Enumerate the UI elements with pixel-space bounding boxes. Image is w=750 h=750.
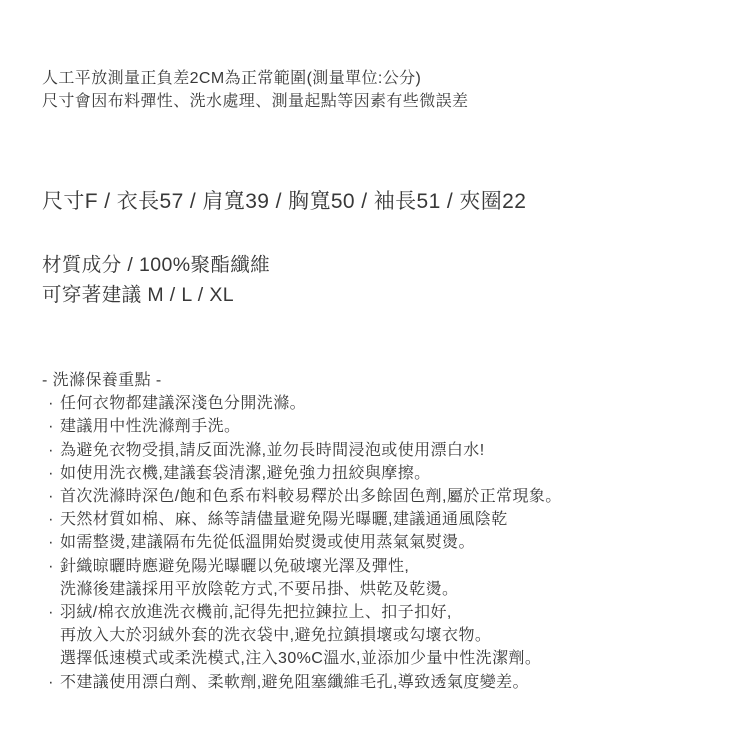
care-line-bullet: · (42, 555, 60, 578)
wear-suggestion-line: 可穿著建議 M / L / XL (42, 280, 270, 310)
care-line: · 為避免衣物受損,請反面洗滌,並勿長時間浸泡或使用漂白水! (42, 439, 562, 462)
care-line-bullet (42, 624, 60, 647)
care-line-continuation: 再放入大於羽絨外套的洗衣袋中,避免拉鎮損壞或勾壞衣物。 (42, 624, 562, 647)
care-line-bullet: · (42, 601, 60, 624)
care-line-text: 針織晾曬時應避免陽光曝曬以免破壞光澤及彈性, (60, 555, 409, 578)
measurement-note-line-1: 人工平放測量正負差2CM為正常範圍(測量單位:公分) (42, 67, 468, 90)
care-line-bullet: · (42, 439, 60, 462)
care-line-continuation: 洗滌後建議採用平放陰乾方式,不要吊掛、烘乾及乾燙。 (42, 578, 562, 601)
care-line-text: 如需整燙,建議隔布先從低溫開始熨燙或使用蒸氣氣熨燙。 (60, 531, 475, 554)
size-spec-line: 尺寸F / 衣長57 / 肩寬39 / 胸寬50 / 袖長51 / 夾圈22 (42, 185, 526, 215)
care-line-text: 如使用洗衣機,建議套袋清潔,避免強力扭絞與摩擦。 (60, 462, 431, 485)
measurement-notes: 人工平放測量正負差2CM為正常範圍(測量單位:公分) 尺寸會因布料彈性、洗水處理… (42, 67, 468, 113)
care-line: · 如需整燙,建議隔布先從低溫開始熨燙或使用蒸氣氣熨燙。 (42, 531, 562, 554)
care-line-bullet (42, 578, 60, 601)
care-line-bullet (42, 647, 60, 670)
care-line-text: 建議用中性洗滌劑手洗。 (60, 415, 240, 438)
care-line-bullet: · (42, 462, 60, 485)
care-line-text: 天然材質如棉、麻、絲等請儘量避免陽光曝曬,建議通通風陰乾 (60, 508, 508, 531)
care-line-text: 羽絨/棉衣放進洗衣機前,記得先把拉鍊拉上、扣子扣好, (60, 601, 452, 624)
care-line-bullet: · (42, 671, 60, 694)
care-line-text: 選擇低速模式或柔洗模式,注入30%C溫水,並添加少量中性洗潔劑。 (60, 647, 541, 670)
care-line-bullet: · (42, 531, 60, 554)
care-line-text: 不建議使用漂白劑、柔軟劑,避免阻塞纖維毛孔,導致透氣度變差。 (60, 671, 529, 694)
care-line: · 如使用洗衣機,建議套袋清潔,避免強力扭絞與摩擦。 (42, 462, 562, 485)
care-line: · 羽絨/棉衣放進洗衣機前,記得先把拉鍊拉上、扣子扣好, (42, 601, 562, 624)
care-line-bullet: · (42, 485, 60, 508)
care-line-continuation: 選擇低速模式或柔洗模式,注入30%C溫水,並添加少量中性洗潔劑。 (42, 647, 562, 670)
care-section: - 洗滌保養重點 - · 任何衣物都建議深淺色分開洗滌。 · 建議用中性洗滌劑手… (42, 369, 562, 694)
care-line-text: 洗滌後建議採用平放陰乾方式,不要吊掛、烘乾及乾燙。 (60, 578, 458, 601)
product-info-page: 人工平放測量正負差2CM為正常範圍(測量單位:公分) 尺寸會因布料彈性、洗水處理… (0, 0, 750, 750)
material-composition-line: 材質成分 / 100%聚酯纖維 (42, 250, 270, 280)
measurement-note-line-2: 尺寸會因布料彈性、洗水處理、測量起點等因素有些微誤差 (42, 90, 468, 113)
care-line-bullet: · (42, 415, 60, 438)
care-line: · 不建議使用漂白劑、柔軟劑,避免阻塞纖維毛孔,導致透氣度變差。 (42, 671, 562, 694)
care-line-text: 為避免衣物受損,請反面洗滌,並勿長時間浸泡或使用漂白水! (60, 439, 485, 462)
material-block: 材質成分 / 100%聚酯纖維 可穿著建議 M / L / XL (42, 250, 270, 310)
care-line: · 針織晾曬時應避免陽光曝曬以免破壞光澤及彈性, (42, 555, 562, 578)
care-line-text: 首次洗滌時深色/飽和色系布料較易釋於出多餘固色劑,屬於正常現象。 (60, 485, 562, 508)
care-line-text: 任何衣物都建議深淺色分開洗滌。 (60, 392, 306, 415)
care-line: · 任何衣物都建議深淺色分開洗滌。 (42, 392, 562, 415)
care-line-bullet: · (42, 508, 60, 531)
care-line-bullet: · (42, 392, 60, 415)
care-line: · 建議用中性洗滌劑手洗。 (42, 415, 562, 438)
care-line: · 首次洗滌時深色/飽和色系布料較易釋於出多餘固色劑,屬於正常現象。 (42, 485, 562, 508)
care-line: · 天然材質如棉、麻、絲等請儘量避免陽光曝曬,建議通通風陰乾 (42, 508, 562, 531)
care-section-title: - 洗滌保養重點 - (42, 369, 562, 392)
care-line-text: 再放入大於羽絨外套的洗衣袋中,避免拉鎮損壞或勾壞衣物。 (60, 624, 491, 647)
